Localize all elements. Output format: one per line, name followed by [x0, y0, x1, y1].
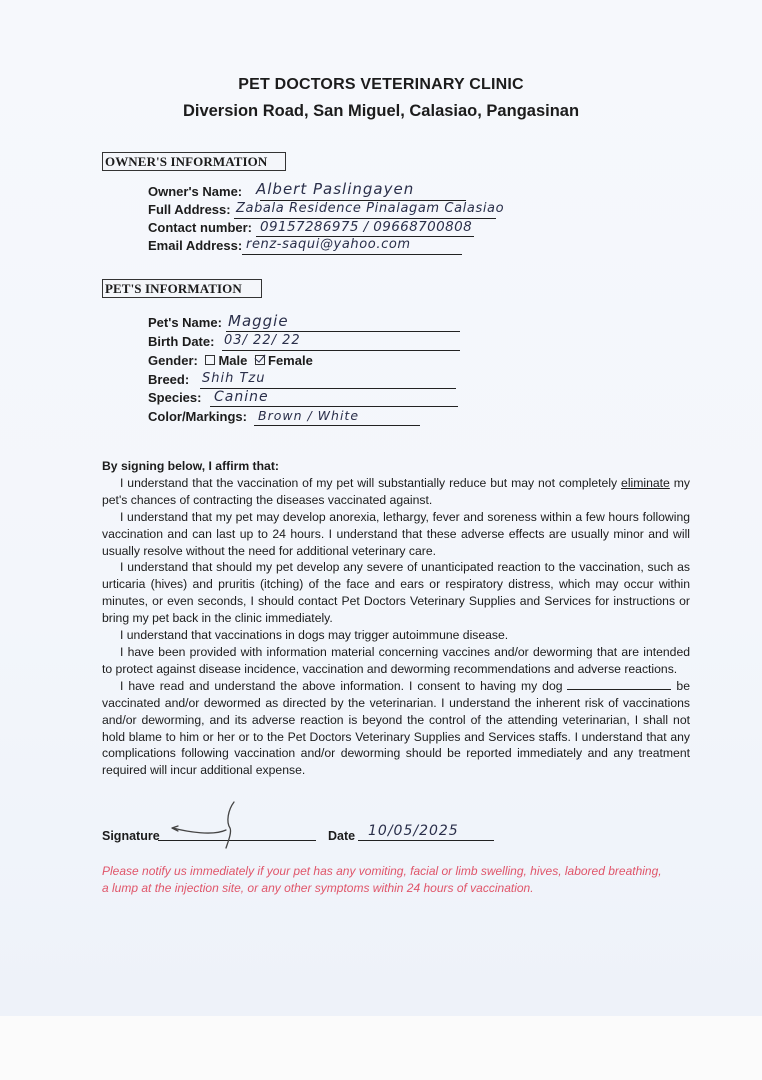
contact-number-value: 09157286975 / 09668700808	[260, 218, 472, 236]
birth-date-value: 03/ 22/ 22	[224, 332, 301, 350]
affirmation-paragraph-5: I have been provided with information ma…	[102, 644, 690, 678]
pet-name-label: Pet's Name:	[148, 314, 222, 332]
color-markings-field[interactable]: Color/Markings: Brown / White	[148, 408, 247, 426]
clinic-address: Diversion Road, San Miguel, Calasiao, Pa…	[0, 102, 762, 121]
color-markings-label: Color/Markings:	[148, 408, 247, 426]
birth-date-label: Birth Date:	[148, 333, 214, 351]
date-label: Date	[328, 829, 355, 843]
color-markings-value: Brown / White	[258, 407, 359, 425]
gender-male-label: Male	[218, 353, 247, 368]
handwritten-signature	[168, 800, 248, 850]
gender-label: Gender:	[148, 353, 198, 368]
email-address-value: renz-saqui@yahoo.com	[246, 236, 411, 254]
p1-text-a: I understand that the vaccination of my …	[120, 476, 621, 490]
species-label: Species:	[148, 389, 201, 407]
breed-label: Breed:	[148, 371, 189, 389]
p6-text-b: be vaccinated and/or dewormed as directe…	[102, 679, 690, 778]
signature-label: Signature	[102, 829, 160, 843]
species-value: Canine	[214, 388, 269, 406]
affirmation-paragraph-1: I understand that the vaccination of my …	[102, 475, 690, 509]
affirmation-heading: By signing below, I affirm that:	[102, 458, 690, 475]
contact-number-field[interactable]: Contact number: 09157286975 / 0966870080…	[148, 219, 252, 237]
affirmation-paragraph-6: I have read and understand the above inf…	[102, 678, 690, 779]
p6-text-a: I have read and understand the above inf…	[120, 679, 567, 693]
affirmation-paragraph-2: I understand that my pet may develop ano…	[102, 509, 690, 560]
pet-name-value: Maggie	[228, 312, 289, 330]
contact-number-label: Contact number:	[148, 219, 252, 237]
date-line[interactable]	[358, 840, 494, 841]
scan-bottom-strip	[0, 1016, 762, 1080]
breed-value: Shih Tzu	[202, 370, 265, 388]
owner-name-field[interactable]: Owner's Name: Albert Paslingayen	[148, 183, 242, 201]
affirmation-section: By signing below, I affirm that: I under…	[102, 458, 690, 779]
pet-section-title: PET'S INFORMATION	[102, 279, 262, 298]
gender-female-checkbox[interactable]	[255, 355, 265, 365]
email-address-field[interactable]: Email Address: renz-saqui@yahoo.com	[148, 237, 242, 255]
affirmation-paragraph-4: I understand that vaccinations in dogs m…	[102, 627, 690, 644]
owner-section-title: OWNER'S INFORMATION	[102, 152, 286, 171]
email-address-label: Email Address:	[148, 237, 242, 255]
dog-name-blank[interactable]	[567, 679, 671, 690]
full-address-value: Zabala Residence Pinalagam Calasiao	[236, 200, 504, 218]
gender-male-checkbox[interactable]	[205, 355, 215, 365]
species-field[interactable]: Species: Canine	[148, 389, 201, 407]
breed-field[interactable]: Breed: Shih Tzu	[148, 371, 189, 389]
affirmation-paragraph-3: I understand that should my pet develop …	[102, 559, 690, 627]
owner-name-value: Albert Paslingayen	[256, 180, 414, 198]
gender-female-label: Female	[268, 353, 313, 368]
post-vaccination-notice: Please notify us immediately if your pet…	[102, 863, 662, 897]
full-address-field[interactable]: Full Address: Zabala Residence Pinalagam…	[148, 201, 231, 219]
pet-name-field[interactable]: Pet's Name: Maggie	[148, 314, 222, 332]
date-value: 10/05/2025	[368, 823, 459, 839]
birth-date-field[interactable]: Birth Date: 03/ 22/ 22	[148, 333, 214, 351]
owner-name-label: Owner's Name:	[148, 183, 242, 201]
p1-underlined-word: eliminate	[621, 476, 670, 490]
clinic-name: PET DOCTORS VETERINARY CLINIC	[0, 76, 762, 94]
gender-field: Gender: Male Female	[148, 352, 313, 370]
full-address-label: Full Address:	[148, 201, 231, 219]
